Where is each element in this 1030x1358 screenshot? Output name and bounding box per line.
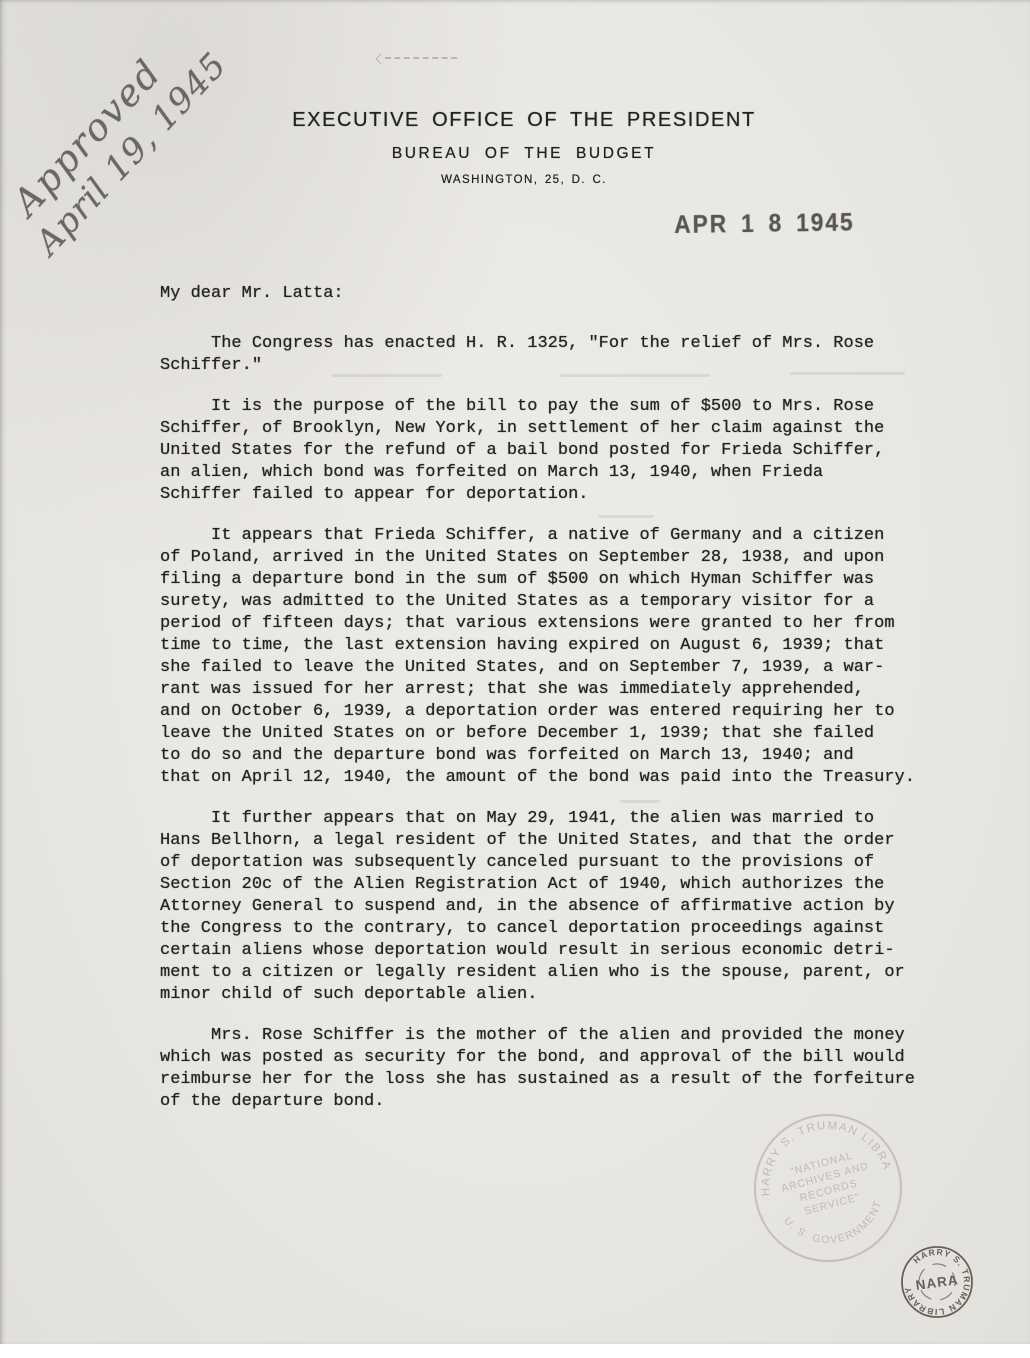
archives-round-stamp-icon: HARRY S. TRUMAN LIBRARY U. S. GOVERNMENT…: [742, 1102, 914, 1274]
salutation: My dear Mr. Latta:: [160, 283, 960, 305]
paragraph: It further appears that on May 29, 1941,…: [160, 808, 960, 1006]
letterhead-city-line: WASHINGTON, 25, D. C.: [9, 174, 1030, 187]
scanned-document: Approved April 19, 1945 EXECUTIVE OFFICE…: [0, 0, 1030, 1358]
paragraph: It is the purpose of the bill to pay the…: [160, 396, 960, 506]
paragraph: The Congress has enacted H. R. 1325, "Fo…: [160, 333, 960, 377]
letterhead: EXECUTIVE OFFICE OF THE PRESIDENT BUREAU…: [9, 108, 1030, 187]
paragraph: It appears that Frieda Schiffer, a nativ…: [160, 525, 960, 789]
letterhead-bureau-line: BUREAU OF THE BUDGET: [9, 145, 1030, 163]
nara-stamp-center-text: NARA: [915, 1272, 960, 1293]
received-date-stamp: APR 1 8 1945: [674, 208, 855, 240]
nara-round-stamp-icon: HARRY S. TRUMAN LIBRARY NARA: [891, 1236, 983, 1328]
letterhead-office-line: EXECUTIVE OFFICE OF THE PRESIDENT: [9, 108, 1030, 132]
paragraphs-container: The Congress has enacted H. R. 1325, "Fo…: [160, 333, 960, 1113]
paragraph: Mrs. Rose Schiffer is the mother of the …: [160, 1025, 960, 1113]
pencil-dash-mark: [385, 57, 457, 59]
letter-body: My dear Mr. Latta: The Congress has enac…: [160, 283, 960, 1132]
